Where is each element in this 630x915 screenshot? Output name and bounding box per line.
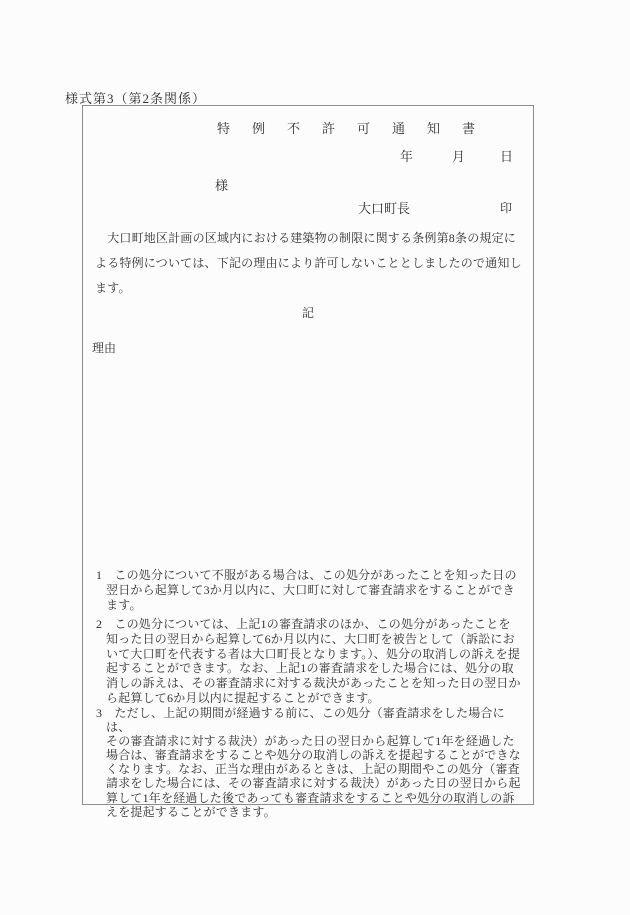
month-label: 月 (452, 149, 465, 164)
year-label: 年 (400, 149, 413, 164)
document-title: 特例不許可通知書 (217, 122, 497, 136)
day-label: 日 (500, 149, 513, 164)
notice-frame: 特例不許可通知書 年月日 様 大口町長 印 大口町地区計画の区域内における建築物… (82, 105, 534, 805)
document-page: 様式第3（第2条関係） 特例不許可通知書 年月日 様 大口町長 印 大口町地区計… (0, 0, 630, 915)
reason-label: 理由 (92, 342, 116, 355)
seal-placeholder: 印 (500, 202, 512, 215)
sender-name: 大口町長 (358, 202, 410, 216)
date-line: 年月日 (400, 150, 513, 164)
appeal-note-3: 3 ただし、上記の期間が経過する前に、この処分（審査請求をした場合には、 その審… (96, 706, 524, 819)
appeal-note-1: 1 この処分について不服がある場合は、この処分があったことを知った日の 翌日から… (96, 568, 524, 612)
appeal-note-2: 2 この処分については、上記1の審査請求のほか、この処分があったことを 知った日… (96, 617, 524, 706)
body-paragraph: 大口町地区計画の区域内における建築物の制限に関する条例第8条の規定に よる特例に… (95, 226, 529, 301)
addressee-honorific: 様 (215, 179, 228, 193)
record-marker: 記 (83, 307, 533, 320)
